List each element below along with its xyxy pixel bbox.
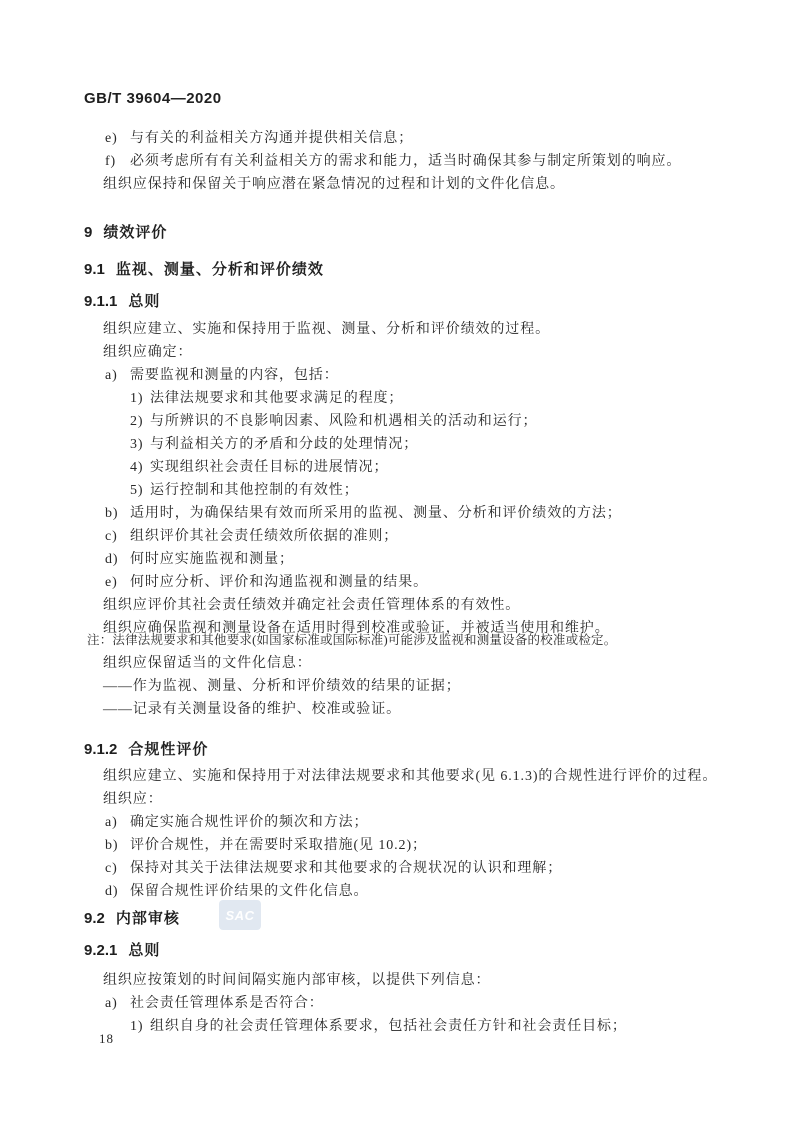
list-item-a: a) 确定实施合规性评价的频次和方法； [103, 811, 718, 834]
sub-list-item-5: 5) 运行控制和其他控制的有效性； [103, 479, 718, 502]
list-item-label: c) [103, 857, 130, 880]
list-item-text: 何时应分析、评价和沟通监视和测量的结果。 [130, 571, 428, 594]
list-item-c: c) 保持对其关于法律法规要求和其他要求的合规状况的认识和理解； [103, 857, 718, 880]
list-item-e: e) 何时应分析、评价和沟通监视和测量的结果。 [103, 571, 718, 594]
section-number: 9.1.2 [84, 741, 117, 758]
list-item-a: a) 需要监视和测量的内容，包括： [103, 364, 718, 387]
paragraph: 组织应评价其社会责任绩效并确定社会责任管理体系的有效性。 [103, 594, 718, 617]
section-heading-9-1: 9.1监视、测量、分析和评价绩效 [84, 258, 324, 279]
list-item-text: 适用时，为确保结果有效而所采用的监视、测量、分析和评价绩效的方法； [130, 502, 622, 525]
list-item-text: 组织评价其社会责任绩效所依据的准则； [130, 525, 398, 548]
section-title: 合规性评价 [128, 741, 208, 758]
note: 注：法律法规要求和其他要求(如国家标准或国际标准)可能涉及监视和测量设备的校准或… [87, 630, 727, 650]
section-heading-9: 9绩效评价 [84, 221, 167, 242]
list-item-label: b) [103, 834, 130, 857]
list-item-text: 社会责任管理体系是否符合： [130, 992, 324, 1015]
dash-item: ——记录有关测量设备的维护、校准或验证。 [103, 698, 718, 721]
list-item-text: 与有关的利益相关方沟通并提供相关信息； [130, 127, 413, 150]
list-item-f: f) 必须考虑所有有关利益相关方的需求和能力，适当时确保其参与制定所策划的响应。 [103, 150, 718, 173]
intro-block: e) 与有关的利益相关方沟通并提供相关信息； f) 必须考虑所有有关利益相关方的… [103, 127, 718, 196]
list-item-label: 1) [130, 1015, 150, 1038]
list-item-text: 与所辨识的不良影响因素、风险和机遇相关的活动和运行； [150, 410, 537, 433]
section-title: 内部审核 [116, 910, 180, 927]
section-9-1-1-documented-info: 组织应保留适当的文件化信息： ——作为监视、测量、分析和评价绩效的结果的证据； … [103, 652, 718, 721]
list-item-label: a) [103, 364, 130, 387]
list-item-a: a) 社会责任管理体系是否符合： [103, 992, 718, 1015]
section-title: 绩效评价 [103, 224, 167, 241]
page-number: 18 [99, 1031, 114, 1047]
list-item-label: d) [103, 880, 130, 903]
paragraph: 组织应建立、实施和保持用于监视、测量、分析和评价绩效的过程。 [103, 318, 718, 341]
list-item-label: a) [103, 811, 130, 834]
section-9-2-1-body: 组织应按策划的时间间隔实施内部审核，以提供下列信息： a) 社会责任管理体系是否… [103, 969, 718, 1038]
section-heading-9-2-1: 9.2.1总则 [84, 939, 160, 960]
list-item-text: 组织自身的社会责任管理体系要求，包括社会责任方针和社会责任目标； [150, 1015, 627, 1038]
list-item-d: d) 保留合规性评价结果的文件化信息。 [103, 880, 718, 903]
section-number: 9.2 [84, 910, 105, 927]
list-item-label: 4) [130, 456, 150, 479]
section-number: 9.1 [84, 261, 105, 278]
sub-list-item-1: 1) 组织自身的社会责任管理体系要求，包括社会责任方针和社会责任目标； [103, 1015, 718, 1038]
list-item-label: e) [103, 571, 130, 594]
section-9-1-2-body: 组织应建立、实施和保持用于对法律法规要求和其他要求(见 6.1.3)的合规性进行… [103, 765, 718, 903]
section-heading-9-2: 9.2内部审核 [84, 907, 180, 928]
list-item-label: 3) [130, 433, 150, 456]
list-item-text: 与利益相关方的矛盾和分歧的处理情况； [150, 433, 418, 456]
list-item-label: e) [103, 127, 130, 150]
list-item-text: 需要监视和测量的内容，包括： [130, 364, 339, 387]
sub-list-item-4: 4) 实现组织社会责任目标的进展情况； [103, 456, 718, 479]
list-item-text: 评价合规性，并在需要时采取措施(见 10.2)； [130, 834, 427, 857]
paragraph: 组织应保持和保留关于响应潜在紧急情况的过程和计划的文件化信息。 [103, 173, 718, 196]
list-item-label: d) [103, 548, 130, 571]
list-item-text: 实现组织社会责任目标的进展情况； [150, 456, 388, 479]
paragraph: 组织应按策划的时间间隔实施内部审核，以提供下列信息： [103, 969, 718, 992]
section-number: 9 [84, 224, 92, 241]
list-item-label: 1) [130, 387, 150, 410]
section-number: 9.2.1 [84, 942, 117, 959]
list-item-label: 5) [130, 479, 150, 502]
list-item-d: d) 何时应实施监视和测量； [103, 548, 718, 571]
paragraph: 组织应保留适当的文件化信息： [103, 652, 718, 675]
section-title: 监视、测量、分析和评价绩效 [116, 261, 324, 278]
section-heading-9-1-2: 9.1.2合规性评价 [84, 738, 208, 759]
list-item-b: b) 评价合规性，并在需要时采取措施(见 10.2)； [103, 834, 718, 857]
list-item-text: 何时应实施监视和测量； [130, 548, 294, 571]
list-item-b: b) 适用时，为确保结果有效而所采用的监视、测量、分析和评价绩效的方法； [103, 502, 718, 525]
list-item-c: c) 组织评价其社会责任绩效所依据的准则； [103, 525, 718, 548]
dash-item: ——作为监视、测量、分析和评价绩效的结果的证据； [103, 675, 718, 698]
list-item-label: 2) [130, 410, 150, 433]
paragraph: 组织应确定： [103, 341, 718, 364]
list-item-text: 法律法规要求和其他要求满足的程度； [150, 387, 403, 410]
list-item-label: a) [103, 992, 130, 1015]
section-heading-9-1-1: 9.1.1总则 [84, 290, 160, 311]
section-title: 总则 [128, 293, 160, 310]
list-item-text: 必须考虑所有有关利益相关方的需求和能力，适当时确保其参与制定所策划的响应。 [130, 150, 681, 173]
section-number: 9.1.1 [84, 293, 117, 310]
section-9-1-1-body: 组织应建立、实施和保持用于监视、测量、分析和评价绩效的过程。 组织应确定： a)… [103, 318, 718, 640]
doc-code: GB/T 39604—2020 [84, 90, 222, 107]
paragraph: 组织应建立、实施和保持用于对法律法规要求和其他要求(见 6.1.3)的合规性进行… [103, 765, 718, 788]
sub-list-item-3: 3) 与利益相关方的矛盾和分歧的处理情况； [103, 433, 718, 456]
sac-watermark-logo: SAC [219, 900, 261, 930]
list-item-label: b) [103, 502, 130, 525]
list-item-label: f) [103, 150, 130, 173]
section-title: 总则 [128, 942, 160, 959]
sub-list-item-2: 2) 与所辨识的不良影响因素、风险和机遇相关的活动和运行； [103, 410, 718, 433]
sub-list-item-1: 1) 法律法规要求和其他要求满足的程度； [103, 387, 718, 410]
document-page: GB/T 39604—2020 e) 与有关的利益相关方沟通并提供相关信息； f… [0, 0, 794, 1122]
list-item-text: 确定实施合规性评价的频次和方法； [130, 811, 368, 834]
list-item-e: e) 与有关的利益相关方沟通并提供相关信息； [103, 127, 718, 150]
paragraph: 组织应： [103, 788, 718, 811]
list-item-text: 运行控制和其他控制的有效性； [150, 479, 359, 502]
list-item-text: 保持对其关于法律法规要求和其他要求的合规状况的认识和理解； [130, 857, 562, 880]
list-item-label: c) [103, 525, 130, 548]
